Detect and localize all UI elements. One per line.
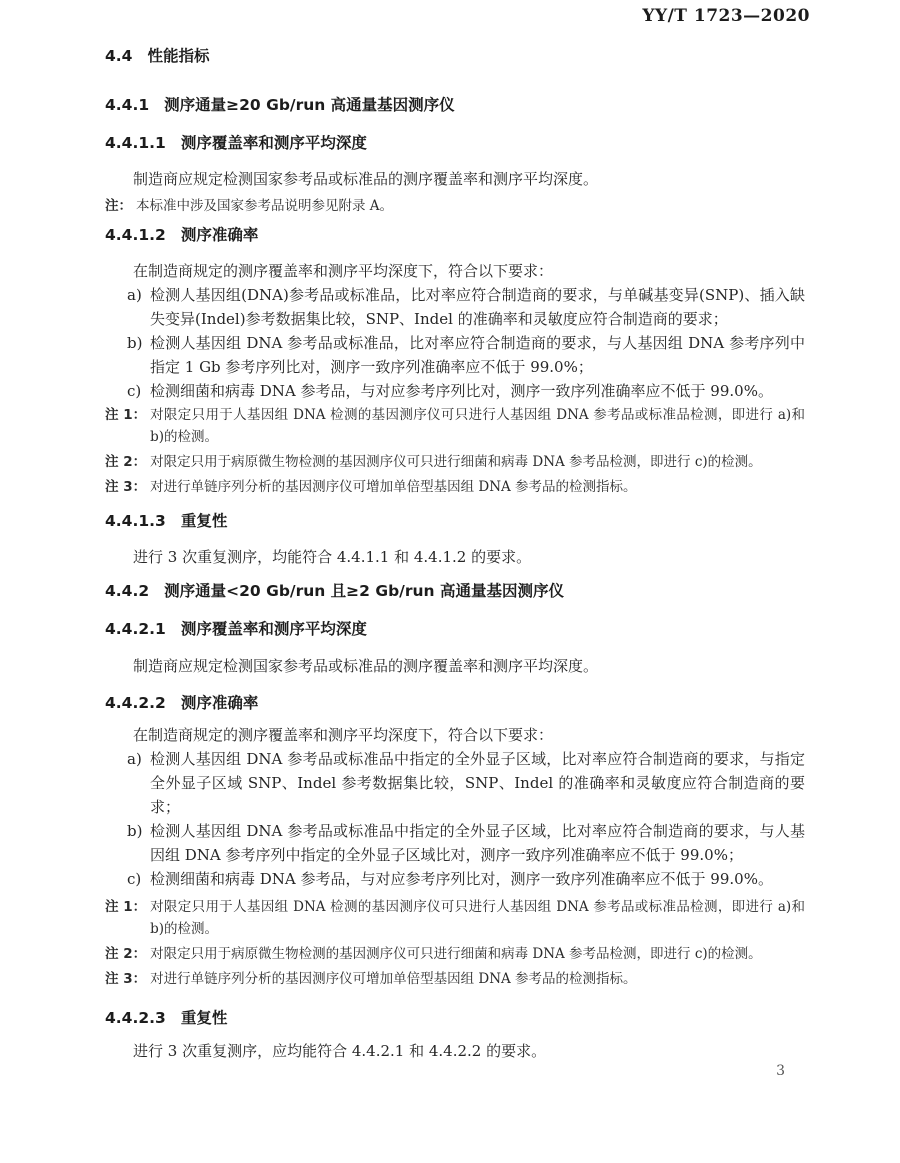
heading-4-4-2-3: 4.4.2.3 重复性 [105, 1008, 805, 1029]
note: 注 1： 对限定只用于人基因组 DNA 检测的基因测序仪可只进行人基因组 DNA… [105, 896, 805, 940]
note-text: 对限定只用于人基因组 DNA 检测的基因测序仪可只进行人基因组 DNA 参考品或… [150, 896, 805, 940]
clause-title: 重复性 [181, 1008, 228, 1029]
clause-number: 4.4.1 [105, 95, 149, 116]
heading-4-4-1-2: 4.4.1.2 测序准确率 [105, 225, 805, 246]
body-paragraph: 在制造商规定的测序覆盖率和测序平均深度下，符合以下要求： [105, 259, 805, 283]
list-item: c) 检测细菌和病毒 DNA 参考品，与对应参考序列比对，测序一致序列准确率应不… [127, 867, 805, 891]
clause-title: 测序通量<20 Gb/run 且≥2 Gb/run 高通量基因测序仪 [164, 581, 564, 602]
body-paragraph: 进行 3 次重复测序，应均能符合 4.4.2.1 和 4.4.2.2 的要求。 [105, 1038, 805, 1064]
page-content: 4.4 性能指标 4.4.1 测序通量≥20 Gb/run 高通量基因测序仪 4… [0, 0, 900, 1064]
list-item-label: c) [127, 379, 150, 403]
note-label: 注 1： [105, 896, 146, 940]
note: 注 3： 对进行单链序列分析的基因测序仪可增加单倍型基因组 DNA 参考品的检测… [105, 968, 805, 990]
note-label: 注 3： [105, 968, 146, 990]
list-item-text: 检测人基因组 DNA 参考品或标准品中指定的全外显子区域，比对率应符合制造商的要… [150, 747, 805, 819]
heading-4-4-2-2: 4.4.2.2 测序准确率 [105, 693, 805, 714]
clause-number: 4.4.2.2 [105, 693, 166, 714]
clause-title: 测序通量≥20 Gb/run 高通量基因测序仪 [164, 95, 455, 116]
heading-4-4: 4.4 性能指标 [105, 46, 805, 67]
note-text: 对进行单链序列分析的基因测序仪可增加单倍型基因组 DNA 参考品的检测指标。 [150, 968, 805, 990]
note-label: 注： [105, 195, 132, 217]
heading-4-4-1-3: 4.4.1.3 重复性 [105, 511, 805, 532]
list-item: a) 检测人基因组(DNA)参考品或标准品，比对率应符合制造商的要求，与单碱基变… [127, 283, 805, 331]
note-text: 对限定只用于病原微生物检测的基因测序仪可只进行细菌和病毒 DNA 参考品检测，即… [150, 451, 805, 473]
body-paragraph: 进行 3 次重复测序，均能符合 4.4.1.1 和 4.4.1.2 的要求。 [105, 544, 805, 570]
clause-number: 4.4.1.2 [105, 225, 166, 246]
list-item-label: c) [127, 867, 150, 891]
list-item-text: 检测人基因组 DNA 参考品或标准品，比对率应符合制造商的要求，与人基因组 DN… [150, 331, 805, 379]
note: 注 3： 对进行单链序列分析的基因测序仪可增加单倍型基因组 DNA 参考品的检测… [105, 476, 805, 498]
note-text: 对限定只用于人基因组 DNA 检测的基因测序仪可只进行人基因组 DNA 参考品或… [150, 404, 805, 448]
clause-number: 4.4 [105, 46, 132, 67]
note-text: 本标准中涉及国家参考品说明参见附录 A。 [136, 195, 805, 217]
list-item: a) 检测人基因组 DNA 参考品或标准品中指定的全外显子区域，比对率应符合制造… [127, 747, 805, 819]
clause-title: 测序准确率 [181, 225, 259, 246]
note-label: 注 1： [105, 404, 146, 448]
clause-title: 测序覆盖率和测序平均深度 [181, 619, 367, 640]
heading-4-4-2: 4.4.2 测序通量<20 Gb/run 且≥2 Gb/run 高通量基因测序仪 [105, 581, 805, 602]
note-label: 注 2： [105, 943, 146, 965]
list-item-text: 检测细菌和病毒 DNA 参考品，与对应参考序列比对，测序一致序列准确率应不低于 … [150, 379, 805, 403]
clause-title: 测序覆盖率和测序平均深度 [181, 133, 367, 154]
clause-title: 重复性 [181, 511, 228, 532]
list-item: c) 检测细菌和病毒 DNA 参考品，与对应参考序列比对，测序一致序列准确率应不… [127, 379, 805, 403]
note: 注 1： 对限定只用于人基因组 DNA 检测的基因测序仪可只进行人基因组 DNA… [105, 404, 805, 448]
clause-list: a) 检测人基因组(DNA)参考品或标准品，比对率应符合制造商的要求，与单碱基变… [127, 283, 805, 403]
list-item: b) 检测人基因组 DNA 参考品或标准品，比对率应符合制造商的要求，与人基因组… [127, 331, 805, 379]
list-item-label: a) [127, 283, 150, 331]
list-item-text: 检测细菌和病毒 DNA 参考品，与对应参考序列比对，测序一致序列准确率应不低于 … [150, 867, 805, 891]
doc-number: YY/T 1723—2020 [642, 6, 810, 26]
body-paragraph: 制造商应规定检测国家参考品或标准品的测序覆盖率和测序平均深度。 [105, 653, 805, 679]
note-text: 对限定只用于病原微生物检测的基因测序仪可只进行细菌和病毒 DNA 参考品检测，即… [150, 943, 805, 965]
list-item-label: a) [127, 747, 150, 819]
page-number: 3 [776, 1063, 785, 1079]
note-label: 注 2： [105, 451, 146, 473]
list-item-label: b) [127, 331, 150, 379]
clause-number: 4.4.2.1 [105, 619, 166, 640]
clause-title: 测序准确率 [181, 693, 259, 714]
list-item-text: 检测人基因组 DNA 参考品或标准品中指定的全外显子区域，比对率应符合制造商的要… [150, 819, 805, 867]
body-paragraph: 制造商应规定检测国家参考品或标准品的测序覆盖率和测序平均深度。 [105, 166, 805, 192]
document-page: YY/T 1723—2020 4.4 性能指标 4.4.1 测序通量≥20 Gb… [0, 0, 900, 1163]
note-label: 注 3： [105, 476, 146, 498]
note: 注 2： 对限定只用于病原微生物检测的基因测序仪可只进行细菌和病毒 DNA 参考… [105, 451, 805, 473]
clause-number: 4.4.1.3 [105, 511, 166, 532]
heading-4-4-1: 4.4.1 测序通量≥20 Gb/run 高通量基因测序仪 [105, 95, 805, 116]
note: 注 2： 对限定只用于病原微生物检测的基因测序仪可只进行细菌和病毒 DNA 参考… [105, 943, 805, 965]
list-item: b) 检测人基因组 DNA 参考品或标准品中指定的全外显子区域，比对率应符合制造… [127, 819, 805, 867]
clause-title: 性能指标 [147, 46, 209, 67]
clause-number: 4.4.2 [105, 581, 149, 602]
note: 注： 本标准中涉及国家参考品说明参见附录 A。 [105, 195, 805, 217]
heading-4-4-1-1: 4.4.1.1 测序覆盖率和测序平均深度 [105, 133, 805, 154]
note-text: 对进行单链序列分析的基因测序仪可增加单倍型基因组 DNA 参考品的检测指标。 [150, 476, 805, 498]
list-item-text: 检测人基因组(DNA)参考品或标准品，比对率应符合制造商的要求，与单碱基变异(S… [150, 283, 805, 331]
heading-4-4-2-1: 4.4.2.1 测序覆盖率和测序平均深度 [105, 619, 805, 640]
clause-number: 4.4.1.1 [105, 133, 166, 154]
list-item-label: b) [127, 819, 150, 867]
body-paragraph: 在制造商规定的测序覆盖率和测序平均深度下，符合以下要求： [105, 723, 805, 747]
clause-number: 4.4.2.3 [105, 1008, 166, 1029]
clause-list: a) 检测人基因组 DNA 参考品或标准品中指定的全外显子区域，比对率应符合制造… [127, 747, 805, 891]
